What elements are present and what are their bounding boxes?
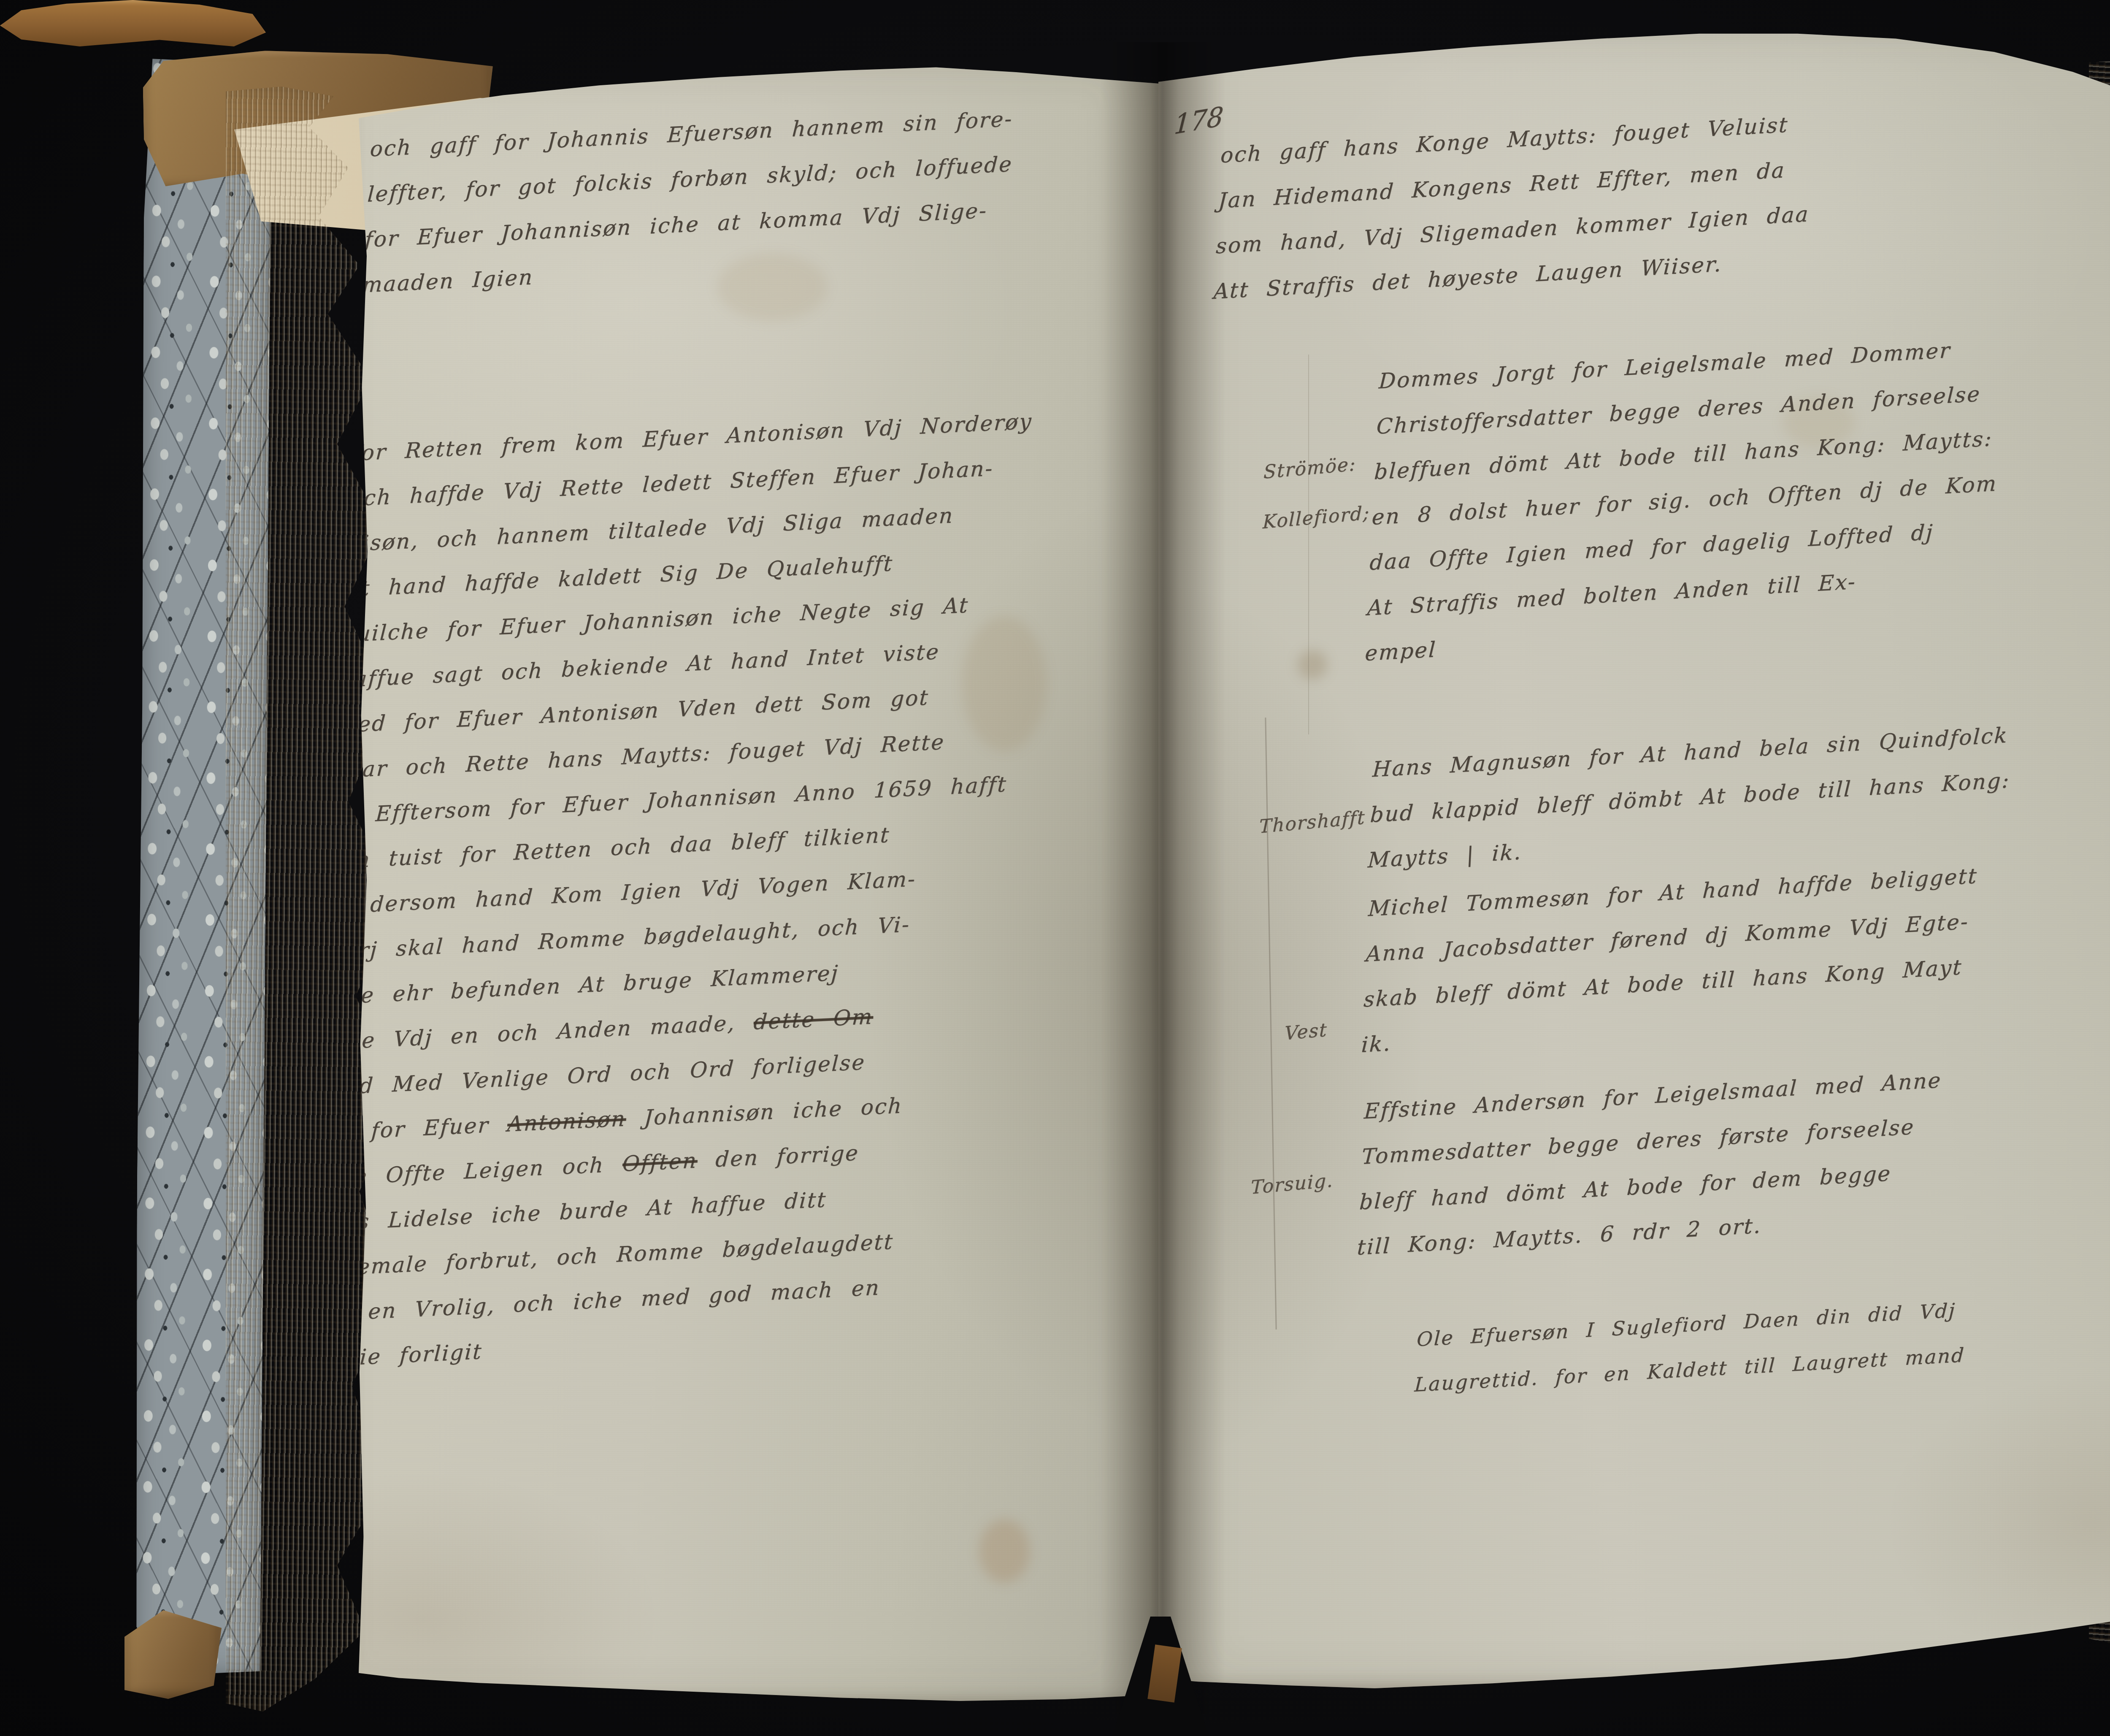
right-page: 178 och gaff hans Konge Maytts: fouget V…	[1158, 25, 2110, 1688]
margin-note-stromoe-kollefiord: Strömöe:Kollefiord;	[1262, 438, 1371, 548]
margin-note-vest: Vest	[1284, 1005, 1328, 1059]
photograph-of-open-manuscript-book: och gaff for Johannis Efuersøn hannem si…	[0, 0, 2110, 1736]
handwritten-line: Kollefiord;	[1262, 488, 1370, 547]
handwritten-line: Vest	[1284, 1005, 1328, 1059]
paragraph: for Retten frem kom Efuer Antonisøn Vdj …	[299, 393, 1155, 1383]
left-page-handwriting: och gaff for Johannis Efuersøn hannem si…	[299, 89, 1172, 1383]
margin-note-thorshafft: Thorshafft	[1259, 793, 1366, 852]
handwritten-line: Torsuig.	[1250, 1156, 1334, 1213]
handwritten-line: Strömöe:	[1263, 438, 1371, 498]
handwritten-line: Thorshafft	[1259, 793, 1366, 852]
court-entry: Dommes Jorgt for Leigelsmale med DommerC…	[1364, 325, 2005, 676]
page-crease	[1308, 355, 1309, 734]
right-page-opening-paragraph: och gaff hans Konge Maytts: fouget Velui…	[1212, 87, 2064, 314]
margin-note-torsuig: Torsuig.	[1250, 1156, 1334, 1213]
folio-number: 178	[1173, 100, 1225, 141]
court-entry: Michel Tommesøn for At hand haffde belig…	[1360, 853, 1979, 1068]
stain	[979, 1519, 1030, 1583]
court-entry: Effstine Andersøn for Leigelsmaal med An…	[1356, 1058, 1943, 1270]
left-page: och gaff for Johannis Efuersøn hannem si…	[359, 59, 1160, 1701]
stain	[1298, 650, 1327, 680]
closing-note: Ole Efuersøn I Suglefiord Daen din did V…	[1413, 1287, 1968, 1408]
spine-leather-top	[0, 0, 266, 46]
paragraph: och gaff for Johannis Efuersøn hannem si…	[361, 89, 1172, 308]
